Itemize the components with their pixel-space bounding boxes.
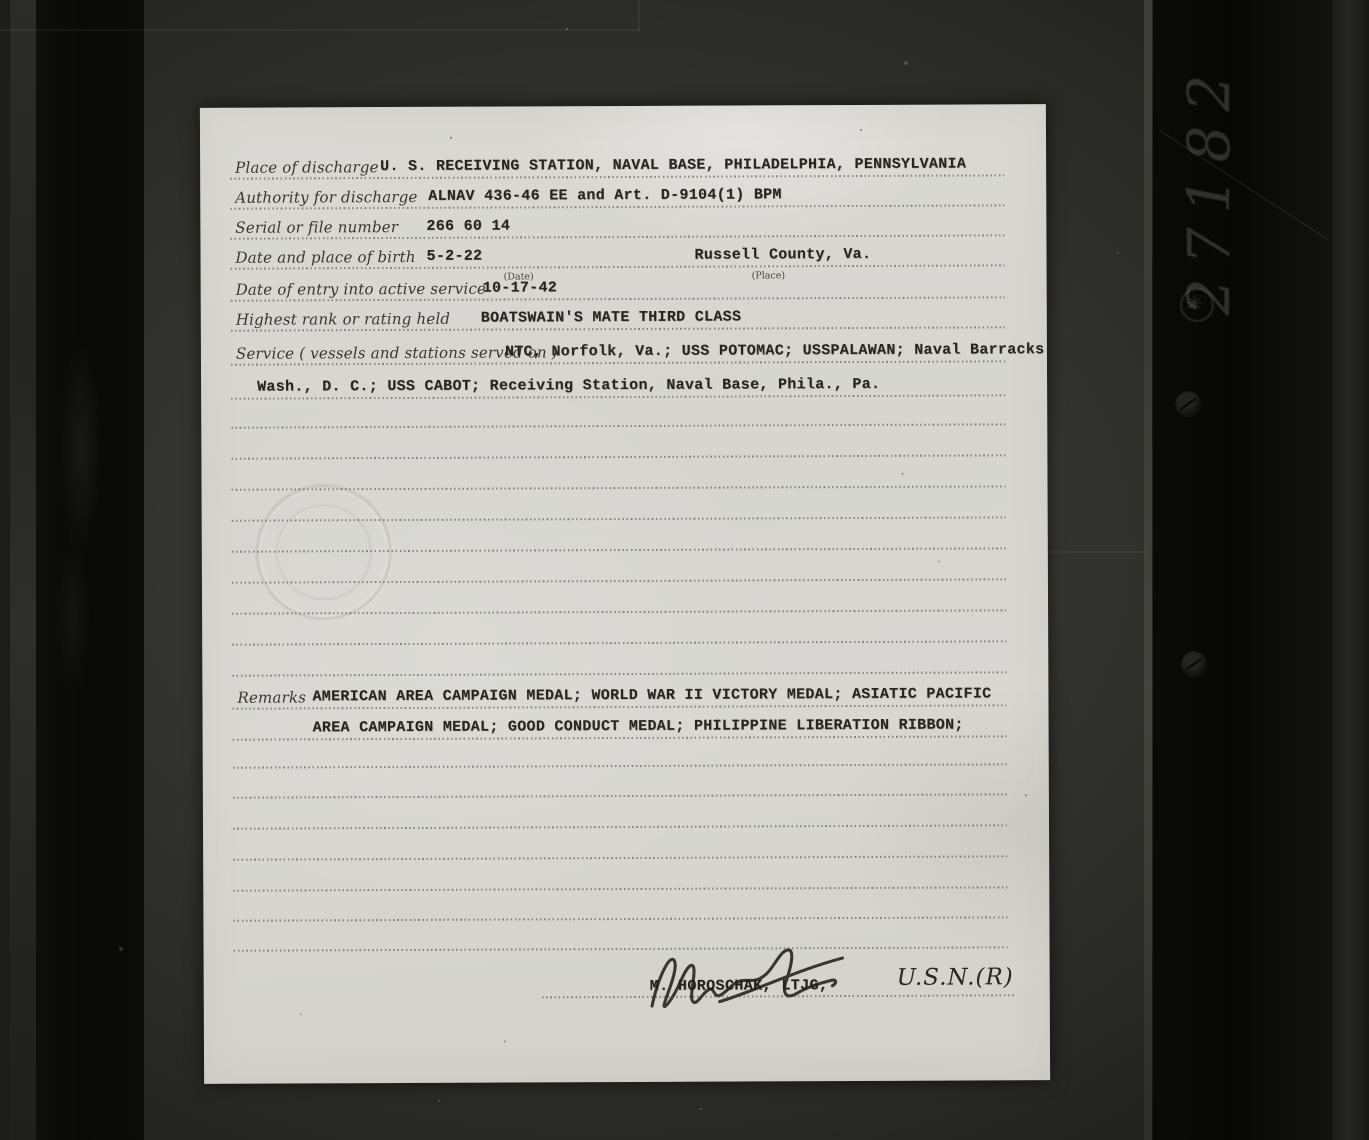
ruled-line <box>233 855 1007 860</box>
birth-date-value: 5-2-22 <box>426 248 482 265</box>
field-row-birth: Date and place of birth 5-2-22 Russell C… <box>230 238 1004 269</box>
paper-specks <box>200 108 202 110</box>
field-label: Serial or file number <box>235 218 398 237</box>
field-label: Date and place of birth <box>235 248 415 267</box>
background-seam-right <box>1048 551 1148 553</box>
background-seam-vertical <box>638 0 640 31</box>
film-border-right-edge <box>1332 0 1369 1140</box>
film-border-left-strip <box>10 0 36 1140</box>
screw-head-icon <box>1182 652 1206 676</box>
remarks-row-1: Remarks AMERICAN AREA CAMPAIGN MEDAL; WO… <box>232 678 1006 709</box>
field-value: BOATSWAIN'S MATE THIRD CLASS <box>481 308 742 326</box>
scanned-photo: 27182 Place of discharge U. S. RECEIVING… <box>0 0 1369 1140</box>
film-smudge <box>46 280 116 700</box>
remarks-label: Remarks <box>237 688 306 707</box>
field-row-service-continued: Wash., D. C.; USS CABOT; Receiving Stati… <box>231 368 1005 399</box>
ruled-line <box>232 671 1006 676</box>
film-edge-ridge <box>1144 0 1153 1140</box>
document-paper: Place of discharge U. S. RECEIVING STATI… <box>200 104 1050 1084</box>
ruled-line <box>233 886 1007 891</box>
field-row-entry-date: Date of entry into active service 10-17-… <box>231 270 1005 301</box>
ruled-line <box>233 824 1007 829</box>
ruled-line <box>233 793 1007 798</box>
field-label: Place of discharge <box>235 158 379 177</box>
remarks-row-2: AREA CAMPAIGN MEDAL; GOOD CONDUCT MEDAL;… <box>233 709 1007 740</box>
field-value: NTC, Norfolk, Va.; USS POTOMAC; USSPALAW… <box>505 341 1045 360</box>
field-row-authority: Authority for discharge ALNAV 436-46 EE … <box>230 178 1004 209</box>
field-row-serial-number: Serial or file number 266 60 14 <box>230 208 1004 239</box>
screw-head-icon <box>1176 392 1200 416</box>
field-value: Wash., D. C.; USS CABOT; Receiving Stati… <box>257 376 880 396</box>
signature-branch-script: U.S.N.(R) <box>897 964 1014 991</box>
ruled-line <box>231 454 1005 459</box>
field-row-service: Service ( vessels and stations served on… <box>231 332 1005 365</box>
field-row-place-of-discharge: Place of discharge U. S. RECEIVING STATI… <box>230 148 1004 179</box>
field-row-highest-rank: Highest rank or rating held BOATSWAIN'S … <box>231 300 1005 331</box>
ruled-line <box>232 640 1006 645</box>
ruled-line <box>233 763 1007 768</box>
remarks-line: AMERICAN AREA CAMPAIGN MEDAL; WORLD WAR … <box>312 685 991 705</box>
birth-place-value: Russell County, Va. <box>694 246 871 264</box>
handwritten-mark <box>1180 288 1214 322</box>
film-border-left-edge <box>0 0 10 1140</box>
ruled-line <box>232 485 1006 490</box>
signature-typed-name: M. HOROSCHAK, LTJG, <box>650 977 829 995</box>
remarks-line: AREA CAMPAIGN MEDAL; GOOD CONDUCT MEDAL;… <box>313 717 964 737</box>
field-label: Highest rank or rating held <box>236 310 450 329</box>
ruled-line <box>233 916 1007 921</box>
field-value: 10-17-42 <box>483 279 557 296</box>
field-value: 266 60 14 <box>426 217 510 234</box>
background-seam-horizontal <box>0 29 640 31</box>
field-value: U. S. RECEIVING STATION, NAVAL BASE, PHI… <box>380 156 966 176</box>
ruled-line <box>234 946 1008 951</box>
field-label: Authority for discharge <box>235 188 417 207</box>
field-label: Date of entry into active service <box>236 279 487 298</box>
ruled-line <box>231 423 1005 428</box>
field-value: ALNAV 436-46 EE and Art. D-9104(1) BPM <box>428 186 782 205</box>
dust-specks <box>0 0 2 2</box>
